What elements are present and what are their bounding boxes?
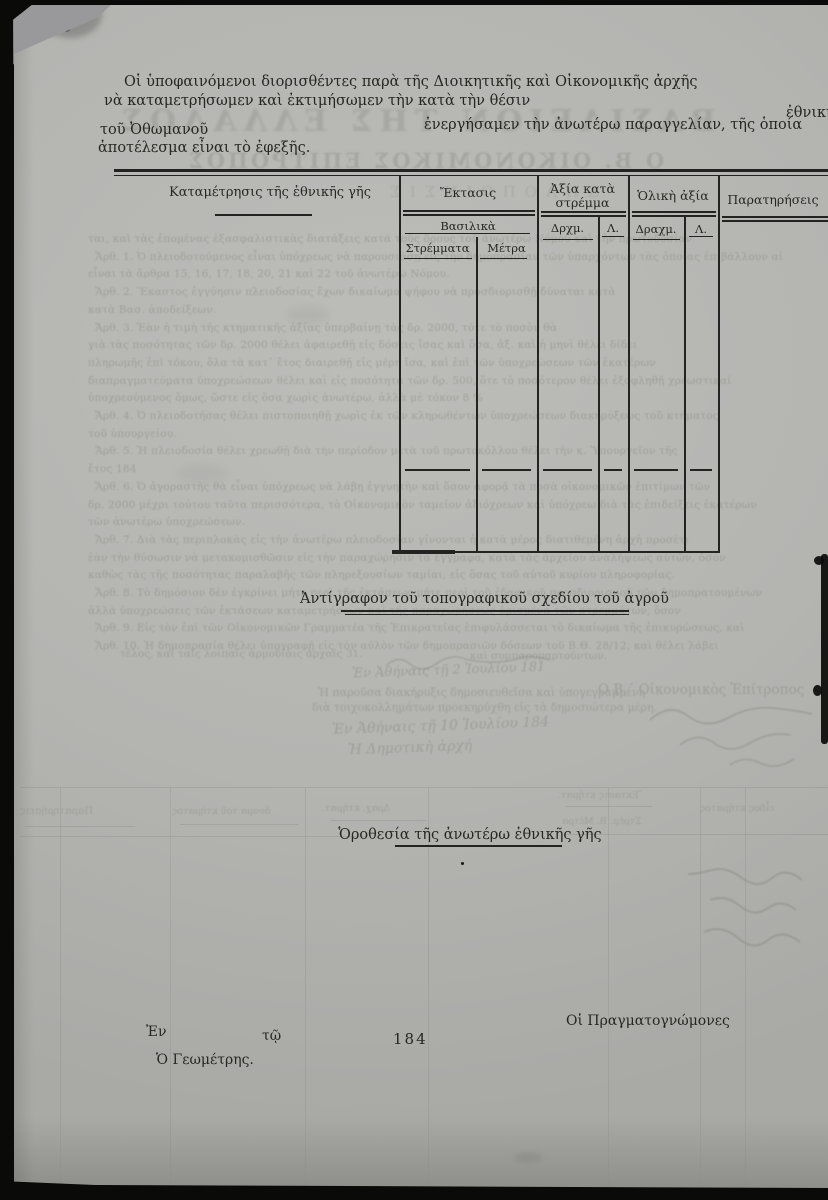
table-divider-g xyxy=(718,176,720,553)
extent-unit-stremmata: Στρέμματα xyxy=(399,241,476,255)
sum-line-total-drachmai xyxy=(634,469,678,471)
value-double-rule-2 xyxy=(541,215,626,216)
intro-line-3-left: τοῦ Ὀθωμανοῦ xyxy=(100,122,208,138)
ghost-table-column-line xyxy=(170,788,171,1198)
value-double-rule-1 xyxy=(541,211,626,213)
column-header-extent: Ἔκτασις xyxy=(399,185,537,200)
drachmai-underline xyxy=(543,239,593,240)
table-divider-a xyxy=(399,176,401,553)
caption-boundaries: Ὁροθεσία τῆς ἀνωτέρω ἐθνικῆς γῆς xyxy=(330,827,610,843)
paper-sheet: ΒΑΣΙΛΕΙΟΝ ΤΗΣ ΕΛΛΑΔΟΣ Ο Β. ΟΙΚΟΝΟΜΙΚΟΣ Ε… xyxy=(0,0,828,1200)
total-drachmai-underline xyxy=(633,239,680,240)
ghost-table-rule xyxy=(25,826,135,827)
extent-double-rule-2 xyxy=(403,214,535,215)
intro-line-4: ἀποτέλεσμα εἶναι τὸ ἐφεξῆς. xyxy=(98,140,310,156)
column-header-total-value: Ὁλικὴ ἀξία xyxy=(628,188,718,203)
value-per-line1: Ἀξία κατὰ xyxy=(550,181,615,196)
ghost-table-column-line xyxy=(700,788,701,1198)
value-per-line2: στρέμμα xyxy=(556,195,610,210)
vasilika-underline xyxy=(405,233,530,234)
ghost-date-handwriting xyxy=(380,650,560,676)
total-double-rule-1 xyxy=(632,211,716,213)
sum-line-lepta xyxy=(604,469,622,471)
table-divider-e xyxy=(628,176,630,553)
ghost-table-column-line xyxy=(608,788,609,1198)
footer-experts: Οἱ Πραγματογνώμονες xyxy=(566,1013,730,1029)
scanned-document-page: ΒΑΣΙΛΕΙΟΝ ΤΗΣ ΕΛΛΑΔΟΣ Ο Β. ΟΙΚΟΝΟΜΙΚΟΣ Ε… xyxy=(0,0,828,1200)
plan-underline-1 xyxy=(341,610,629,612)
ghost-table-column-line xyxy=(745,788,746,1198)
ghost-lower-handwriting xyxy=(680,858,810,968)
ghost-table-rule xyxy=(20,836,365,837)
sum-line-total-lepta xyxy=(690,469,712,471)
footer-to: τῷ xyxy=(262,1028,281,1044)
column-header-value-per-stremma: Ἀξία κατὰ στρέμμα xyxy=(537,182,628,210)
extent-double-rule-1 xyxy=(403,210,535,212)
plan-underline-2 xyxy=(345,614,629,615)
total-double-rule-2 xyxy=(632,215,716,216)
paper-smudge xyxy=(176,464,228,484)
table-top-rule-thick xyxy=(114,169,828,172)
intro-line-1: Οἱ ὑποφαινόμενοι διορισθέντες παρὰ τῆς Δ… xyxy=(124,74,698,90)
paper-smudge xyxy=(514,1152,542,1163)
table-divider-d xyxy=(598,217,600,553)
value-unit-lepta: Λ. xyxy=(598,221,628,235)
column-header-measurement: Καταμέτρησις τῆς ἐθνικῆς γῆς xyxy=(150,185,390,200)
table-divider-f xyxy=(684,217,686,553)
table-divider-c xyxy=(537,176,539,553)
metra-underline xyxy=(480,258,527,259)
remarks-double-rule-1 xyxy=(722,216,828,218)
table-divider-b xyxy=(476,237,478,553)
footer-en: Ἐν xyxy=(146,1024,166,1040)
sum-line-metra xyxy=(482,469,531,471)
footer-year: 184 xyxy=(393,1030,428,1048)
ink-speck xyxy=(461,862,464,865)
ghost-table-rule xyxy=(180,824,298,825)
extent-sub-header-vasilika: Βασιλικὰ xyxy=(399,219,537,233)
remarks-double-rule-2 xyxy=(722,220,828,221)
sum-line-stremmata xyxy=(405,469,470,471)
total-unit-drachmai: Δραχμ. xyxy=(628,222,684,236)
ghost-signature-flourish xyxy=(640,690,820,780)
ghost-table-rule xyxy=(330,820,426,821)
caption-topographic-plan: Ἀντίγραφον τοῦ τοπογραφικοῦ σχεδίου τοῦ … xyxy=(300,591,650,607)
ghost-table-column-line xyxy=(60,788,61,1198)
sum-line-drachmai xyxy=(543,469,592,471)
scan-edge-left xyxy=(0,0,14,1200)
table-bottom-rule-thick-segment xyxy=(392,550,455,554)
ghost-table-column-line xyxy=(428,788,429,1198)
total-lepta-underline xyxy=(689,236,713,237)
table-top-rule-thin xyxy=(114,175,828,177)
boundaries-underline xyxy=(395,845,562,847)
extent-unit-metra: Μέτρα xyxy=(476,241,537,255)
value-unit-drachmai: Δρχμ. xyxy=(537,221,598,235)
intro-line-3-right: ἐνεργήσαμεν τὴν ἀνωτέρω παραγγελίαν, τῆς… xyxy=(424,117,802,133)
stremmata-underline xyxy=(404,258,472,259)
ghost-table-column-line xyxy=(305,788,306,1198)
scan-edge-top xyxy=(0,0,828,5)
measurement-underline xyxy=(215,214,312,216)
footer-surveyor: Ὁ Γεωμέτρης. xyxy=(156,1052,254,1068)
intro-line-2: νὰ καταμετρήσωμεν καὶ ἐκτιμήσωμεν τὴν κα… xyxy=(104,93,530,109)
column-header-remarks: Παρατηρήσεις xyxy=(718,192,828,207)
ghost-table-rule xyxy=(20,787,828,788)
paper-smudge xyxy=(286,306,330,324)
lepta-underline xyxy=(602,236,624,237)
scan-edge-right-sliver xyxy=(821,554,828,744)
total-unit-lepta: Λ. xyxy=(684,222,718,236)
